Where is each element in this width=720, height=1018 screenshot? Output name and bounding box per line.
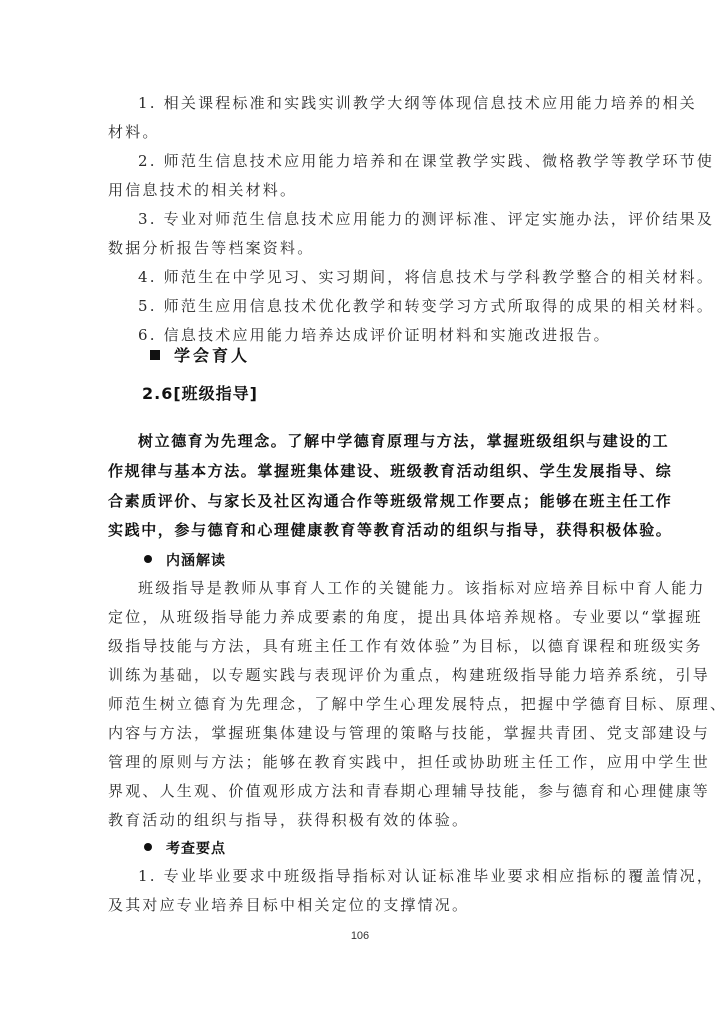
review-point-line-2: 及其对应专业培养目标中相关定位的支撑情况。 [108,895,469,915]
list-item-5: 5. 师范生应用信息技术优化教学和转变学习方式所取得的成果的相关材料。 [138,296,714,316]
interpretation-line-3: 级指导技能与方法，具有班主任工作有效体验”为目标，以德育课程和班级实务 [108,636,703,656]
section-title: 学会育人 [174,346,250,365]
interpretation-line-6: 内容与方法，掌握班集体建设与管理的策略与技能，掌握共青团、党支部建设与 [108,723,710,743]
review-point-line-1: 1. 专业毕业要求中班级指导指标对认证标准毕业要求相应指标的覆盖情况， [138,866,714,886]
square-bullet-icon [150,350,160,360]
circle-bullet-icon [144,555,152,563]
standard-line-3: 合素质评价、与家长及社区沟通合作等班级常规工作要点；能够在班主任工作 [108,491,672,511]
circle-bullet-icon [144,843,152,851]
interpretation-line-7: 管理的原则与方法；能够在教育实践中，担任或协助班主任工作，应用中学生世 [108,752,710,772]
review-points-heading: 考查要点 [144,839,226,859]
list-item-2-line-2: 用信息技术的相关材料。 [108,180,297,200]
page-number: 106 [0,930,720,942]
list-item-4: 4. 师范生在中学见习、实习期间，将信息技术与学科教学整合的相关材料。 [138,267,714,287]
standard-line-1: 树立德育为先理念。了解中学德育原理与方法，掌握班级组织与建设的工 [138,431,669,451]
list-item-1-line-2: 材料。 [108,122,160,142]
review-points-heading-text: 考查要点 [166,841,226,857]
interpretation-heading-text: 内涵解读 [166,553,226,569]
standard-line-4: 实践中，参与德育和心理健康教育等教育活动的组织与指导，获得积极体验。 [108,520,672,540]
list-item-2-line-1: 2. 师范生信息技术应用能力培养和在课堂教学实践、微格教学等教学环节使 [138,151,714,171]
interpretation-line-5: 师范生树立德育为先理念，了解中学生心理发展特点，把握中学德育目标、原理、 [108,694,720,714]
list-item-6: 6. 信息技术应用能力培养达成评价证明材料和实施改进报告。 [138,325,611,345]
interpretation-line-4: 训练为基础，以专题实践与表现评价为重点，构建班级指导能力培养系统，引导 [108,665,710,685]
subsection-heading: 2.6[班级指导] [142,384,258,404]
interpretation-line-2: 定位，从班级指导能力养成要素的角度，提出具体培养规格。专业要以“掌握班 [108,607,703,627]
list-item-1-line-1: 1. 相关课程标准和实践实训教学大纲等体现信息技术应用能力培养的相关 [138,93,697,113]
interpretation-line-8: 界观、人生观、价值观形成方法和青春期心理辅导技能，参与德育和心理健康等 [108,781,710,801]
interpretation-line-1: 班级指导是教师从事育人工作的关键能力。该指标对应培养目标中育人能力 [138,578,706,598]
standard-line-2: 作规律与基本方法。掌握班集体建设、班级教育活动组织、学生发展指导、综 [108,461,672,481]
interpretation-line-9: 教育活动的组织与指导，获得积极有效的体验。 [108,810,469,830]
section-heading: 学会育人 [150,346,250,366]
list-item-3-line-1: 3. 专业对师范生信息技术应用能力的测评标准、评定实施办法，评价结果及 [138,209,714,229]
interpretation-heading: 内涵解读 [144,551,226,571]
list-item-3-line-2: 数据分析报告等档案资料。 [108,238,314,258]
